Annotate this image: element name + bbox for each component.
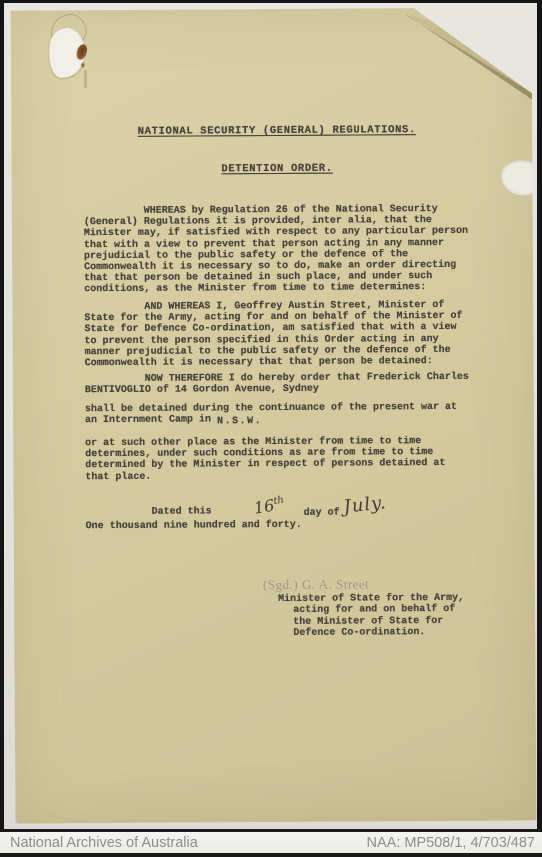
date-prefix-label: Dated this [152,506,212,518]
document-subtitle: DETENTION ORDER. [83,163,470,177]
signature-stamp: (Sgd.) G. A. Street [263,578,369,590]
signature-title-line: Defence Co-ordination. [278,627,464,640]
archive-reference-label: NAA: MP508/1, 4/703/487 [367,835,535,851]
signature-title-line: the Minister of State for [278,616,464,629]
document-paper: NATIONAL SECURITY (GENERAL) REGULATIONS.… [11,7,537,823]
tear-patch-right-edge [497,156,536,199]
date-year-line: One thousand nine hundred and forty. [86,519,473,533]
camp-location-fill-in: N.S.W. [217,416,262,427]
archive-caption-bar: National Archives of Australia NAA: MP50… [0,832,542,853]
paragraph-detention-place: shall be detained during the continuance… [85,402,472,427]
handwritten-month: July. [343,497,387,513]
signature-title-line: acting for and on behalf of [278,604,464,617]
paragraph-and-whereas: AND WHEREAS I, Geoffrey Austin Street, M… [84,300,471,370]
scanned-document-viewer: NATIONAL SECURITY (GENERAL) REGULATIONS.… [0,0,542,857]
ink-stain-dot [81,62,85,68]
paragraph-whereas: WHEREAS by Regulation 26 of the National… [84,204,472,296]
faint-pencil-mark [84,70,87,88]
signature-title-block: Minister of State for the Army, acting f… [278,593,464,640]
handwritten-day-suffix: th [273,495,285,508]
detention-place-text: shall be detained during the continuance… [85,402,457,426]
archive-name-label: National Archives of Australia [10,835,198,851]
document-title: NATIONAL SECURITY (GENERAL) REGULATIONS. [83,125,470,139]
date-middle-label: day of [304,508,340,519]
paragraph-other-place: or at such other place as the Minister f… [85,436,472,483]
handwritten-day: 16th [253,495,286,514]
paragraph-order-person: NOW THEREFORE I do hereby order that Fre… [85,372,472,397]
archive-footer: National Archives of Australia NAA: MP50… [0,829,542,857]
